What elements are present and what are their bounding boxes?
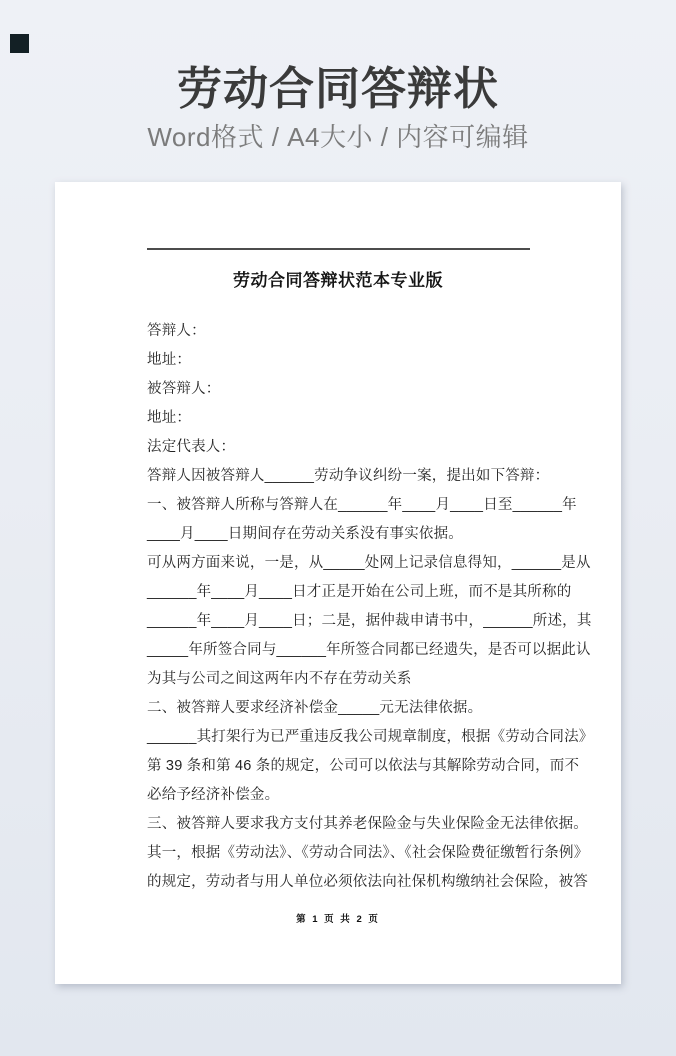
document-line: 二、被答辩人要求经济补偿金_____元无法律依据。 [147,694,541,723]
document-line: ______年____月____日；二是，据仲裁申请书中，______所述，其 [147,607,541,636]
page-number: 第 1 页 共 2 页 [55,911,621,925]
page-title: 劳动合同答辩状 [0,62,676,116]
corner-mark [10,34,29,53]
document-title: 劳动合同答辩状范本专业版 [55,266,621,291]
document-line: 地址： [147,404,541,433]
document-line: ______年____月____日才正是开始在公司上班，而不是其所称的 [147,578,541,607]
document-line: ____月____日期间存在劳动关系没有事实依据。 [147,520,541,549]
document-line: _____年所签合同与______年所签合同都已经遗失，是否可以据此认 [147,636,541,665]
document-line: 必给予经济补偿金。 [147,781,541,810]
document-line: 被答辩人： [147,375,541,404]
document-line: 答辩人因被答辩人______劳动争议纠纷一案，提出如下答辩： [147,462,541,491]
document-body: 答辩人：地址：被答辩人：地址：法定代表人：答辩人因被答辩人______劳动争议纠… [147,317,541,897]
page-background: 劳动合同答辩状 Word格式 / A4大小 / 内容可编辑 劳动合同答辩状范本专… [0,0,676,1056]
document-line: ______其打架行为已严重违反我公司规章制度，根据《劳动合同法》 [147,723,541,752]
document-line: 法定代表人： [147,433,541,462]
document-line: 一、被答辩人所称与答辩人在______年____月____日至______年 [147,491,541,520]
horizontal-rule [147,248,530,250]
document-line: 地址： [147,346,541,375]
document-line: 答辩人： [147,317,541,346]
document-line: 三、被答辩人要求我方支付其养老保险金与失业保险金无法律依据。 [147,810,541,839]
page-subtitle: Word格式 / A4大小 / 内容可编辑 [0,121,676,153]
document-line: 的规定，劳动者与用人单位必须依法向社保机构缴纳社会保险，被答 [147,868,541,897]
document-line: 第 39 条和第 46 条的规定，公司可以依法与其解除劳动合同，而不 [147,752,541,781]
document-line: 可从两方面来说，一是，从_____处网上记录信息得知，______是从 [147,549,541,578]
document-page: 劳动合同答辩状范本专业版 答辩人：地址：被答辩人：地址：法定代表人：答辩人因被答… [55,182,621,984]
document-line: 其一，根据《劳动法》、《劳动合同法》、《社会保险费征缴暂行条例》 [147,839,541,868]
document-line: 为其与公司之间这两年内不存在劳动关系 [147,665,541,694]
